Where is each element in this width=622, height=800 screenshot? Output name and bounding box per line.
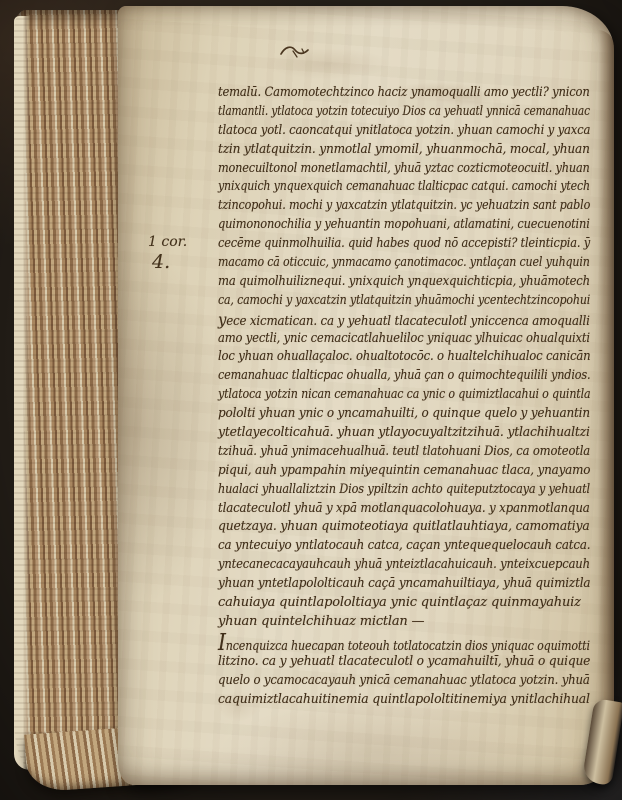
manuscript-line: caquimiztlacahuitinemia quintlapololtiti… xyxy=(218,691,574,710)
ink-scribble xyxy=(278,42,314,64)
manuscript-line: pololti yhuan ynic o yncamahuilti, o qui… xyxy=(218,405,562,424)
manuscript-line: ca, camochi y yaxcatzin ytlatquitzin yhu… xyxy=(218,292,534,311)
manuscript-line: ytlatoca yotzin nican cemanahuac ca ynic… xyxy=(218,386,535,405)
manuscript-page: 1 cor. 4. temalū. Camomotechtzinco haciz… xyxy=(118,6,614,785)
manuscript-line: tlamantli. ytlatoca yotzin totecuiyo Dio… xyxy=(218,103,522,122)
manuscript-line: ma quimolhuiliznequi. ynixquich ynquexqu… xyxy=(218,273,551,292)
manuscript-line: macamo cā oticcuic, ynmacamo çanotimacoc… xyxy=(218,254,534,273)
paragraph-3: Incenquizca huecapan toteouh totlatocatz… xyxy=(218,634,590,710)
text-block: temalū. Camomotechtzinco haciz ynamoqual… xyxy=(218,84,590,709)
margin-note: 1 cor. 4. xyxy=(148,234,212,273)
manuscript-line: loc yhuan ohuallaçaloc. ohualtotocōc. o … xyxy=(218,348,551,367)
manuscript-line: tzihuā. yhuā ynimacehualhuā. teutl tlato… xyxy=(218,443,550,462)
margin-note-citation: 1 cor. xyxy=(148,234,212,250)
manuscript-line: yntecanecacayauhcauh yhuā ynteiztlacahui… xyxy=(218,556,549,575)
manuscript-line: tlacateculotl yhuā y xpā motlanquacolohu… xyxy=(218,500,557,519)
manuscript-line: piqui, auh ypampahin miyequintin cemanah… xyxy=(218,462,561,481)
manuscript-line: cemanahuac tlalticpac ohualla, yhuā çan … xyxy=(218,367,541,386)
manuscript-line: monecuiltonol monetlamachtil, yhuā yztac… xyxy=(218,160,541,179)
manuscript-line: cahuiaya quintlapololtiaya ynic quintlaç… xyxy=(218,594,590,613)
manuscript-line: temalū. Camomotechtzinco haciz ynamoqual… xyxy=(218,84,549,103)
manuscript-line: tzin ytlatquitzin. ynmotlal ymomil, yhua… xyxy=(218,141,566,160)
manuscript-line: yhuan quintelchihuaz mictlan — xyxy=(218,613,590,632)
paragraph-1: temalū. Camomotechtzinco haciz ynamoqual… xyxy=(218,84,590,311)
manuscript-line: hualaci yhuallaliztzin Dios ypiltzin ach… xyxy=(218,481,542,500)
paragraph-2: yece xicmatican. ca y yehuatl tlacatecul… xyxy=(218,311,590,632)
manuscript-photo: 1 cor. 4. temalū. Camomotechtzinco haciz… xyxy=(0,0,622,800)
margin-note-chapter: 4. xyxy=(152,251,212,273)
manuscript-line: cecēme quinmolhuilia. quid habes quod nō… xyxy=(218,235,544,254)
manuscript-line: quimononochilia y yehuantin mopohuani, a… xyxy=(218,216,544,235)
manuscript-line: litzino. ca y yehuatl tlacateculotl o yc… xyxy=(218,653,567,672)
manuscript-line: ynixquich ynquexquich cemanahuac tlaltic… xyxy=(218,178,533,197)
manuscript-line: yece xicmatican. ca y yehuatl tlacatecul… xyxy=(218,311,557,330)
manuscript-line: ca yntecuiyo yntlatocauh catca, caçan yn… xyxy=(218,537,558,556)
manuscript-line: yhuan yntetlapololticauh caçā yncamahuil… xyxy=(218,575,561,594)
manuscript-line: Incenquizca huecapan toteouh totlatocatz… xyxy=(218,634,536,653)
manuscript-line: ytetlayecolticahuā. yhuan ytlayocuyaltzi… xyxy=(218,424,573,443)
manuscript-line: amo yectli, ynic cemacicatlahueliloc yni… xyxy=(218,330,549,349)
manuscript-line: tlatoca yotl. caoncatqui ynitlatoca yotz… xyxy=(218,122,551,141)
manuscript-line: quelo o ycamocacayauh ynicā cemanahuac y… xyxy=(218,672,554,691)
page-right-edge xyxy=(598,30,614,747)
manuscript-line: tzincopohui. mochi y yaxcatzin ytlatquit… xyxy=(218,197,538,216)
manuscript-line: quetzaya. yhuan quimoteotiaya quitlatlau… xyxy=(218,518,572,537)
